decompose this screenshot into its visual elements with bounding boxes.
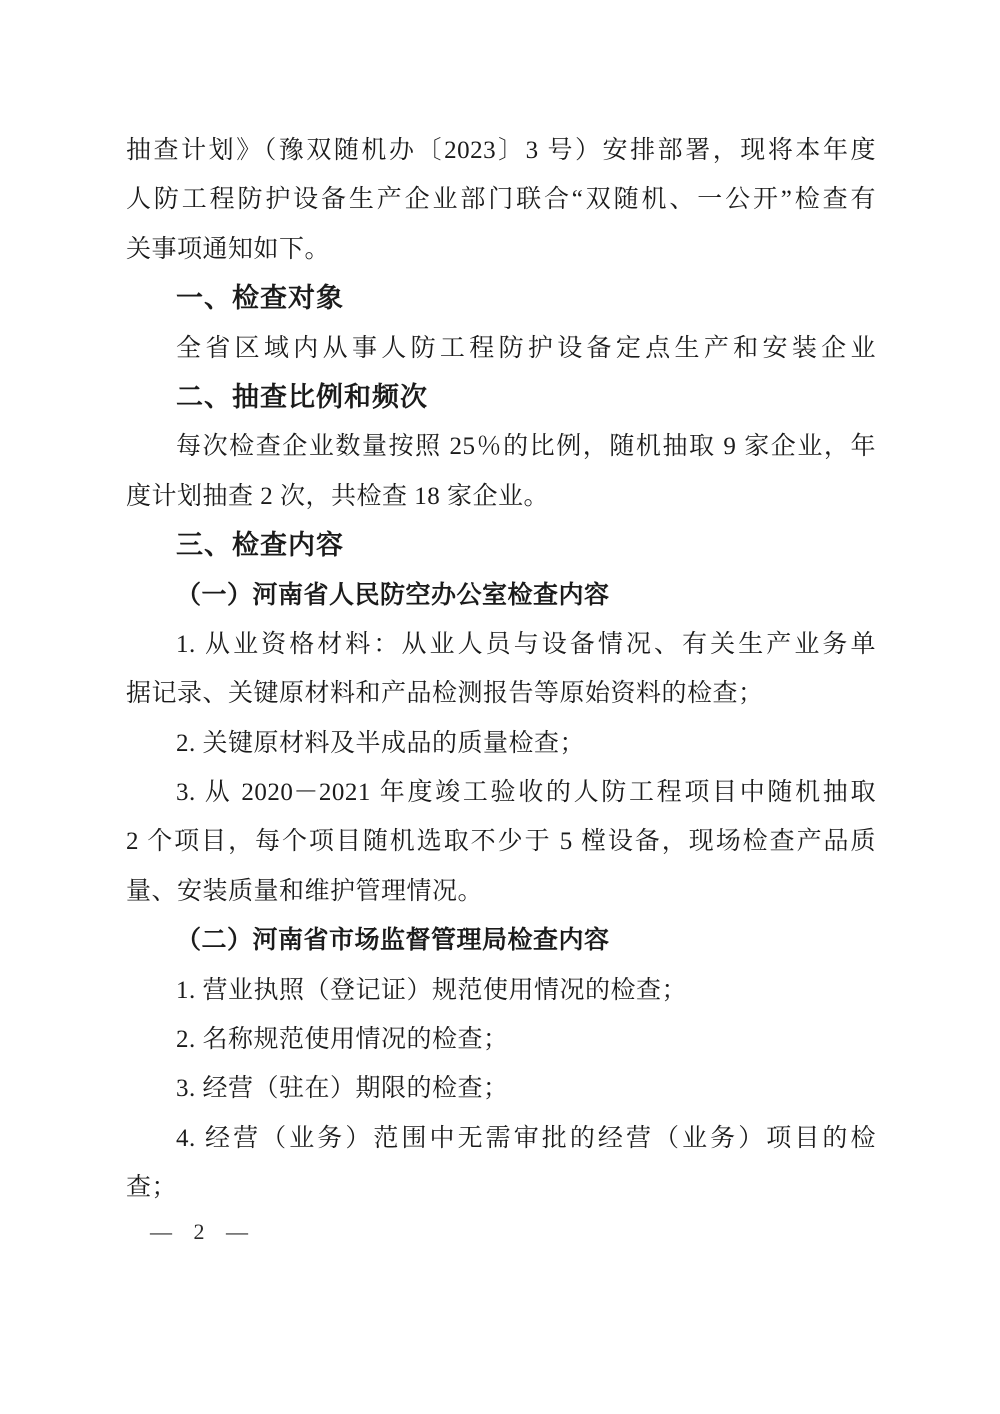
- heading-section-3: 三、检查内容: [126, 521, 876, 570]
- section-3-2-item-line: 1. 营业执照（登记证）规范使用情况的检查；: [126, 966, 876, 1015]
- section-1-body-line: 全省区域内从事人防工程防护设备定点生产和安装企业: [126, 324, 876, 373]
- notice-intro-line: 人防工程防护设备生产企业部门联合“双随机、一公开”检查有: [126, 175, 876, 224]
- section-3-1-item-line: 据记录、关键原材料和产品检测报告等原始资料的检查；: [126, 669, 876, 718]
- document-body: 抽查计划》（豫双随机办〔2023〕3 号）安排部署，现将本年度 人防工程防护设备…: [126, 126, 876, 1213]
- section-3-1-item-line: 2 个项目，每个项目随机选取不少于 5 樘设备，现场检查产品质: [126, 817, 876, 866]
- page-number: — 2 —: [150, 1212, 250, 1252]
- section-3-1-item-line: 2. 关键原材料及半成品的质量检查；: [126, 719, 876, 768]
- document-page: 抽查计划》（豫双随机办〔2023〕3 号）安排部署，现将本年度 人防工程防护设备…: [0, 0, 1000, 1414]
- notice-intro-line: 抽查计划》（豫双随机办〔2023〕3 号）安排部署，现将本年度: [126, 126, 876, 175]
- section-3-2-item-line: 3. 经营（驻在）期限的检查；: [126, 1064, 876, 1113]
- subheading-section-3-1: （一）河南省人民防空办公室检查内容: [126, 571, 876, 620]
- section-2-body-line: 度计划抽查 2 次，共检查 18 家企业。: [126, 472, 876, 521]
- section-2-body-line: 每次检查企业数量按照 25％的比例，随机抽取 9 家企业，年: [126, 422, 876, 471]
- section-3-1-item-line: 1. 从业资格材料：从业人员与设备情况、有关生产业务单: [126, 620, 876, 669]
- section-3-1-item-line: 量、安装质量和维护管理情况。: [126, 867, 876, 916]
- subheading-section-3-2: （二）河南省市场监督管理局检查内容: [126, 916, 876, 965]
- section-3-1-item-line: 3. 从 2020－2021 年度竣工验收的人防工程项目中随机抽取: [126, 768, 876, 817]
- heading-section-2: 二、抽查比例和频次: [126, 373, 876, 422]
- section-3-2-item-line: 查；: [126, 1163, 876, 1212]
- notice-intro-line: 关事项通知如下。: [126, 225, 876, 274]
- section-3-2-item-line: 2. 名称规范使用情况的检查；: [126, 1015, 876, 1064]
- section-3-2-item-line: 4. 经营（业务）范围中无需审批的经营（业务）项目的检: [126, 1114, 876, 1163]
- heading-section-1: 一、检查对象: [126, 274, 876, 323]
